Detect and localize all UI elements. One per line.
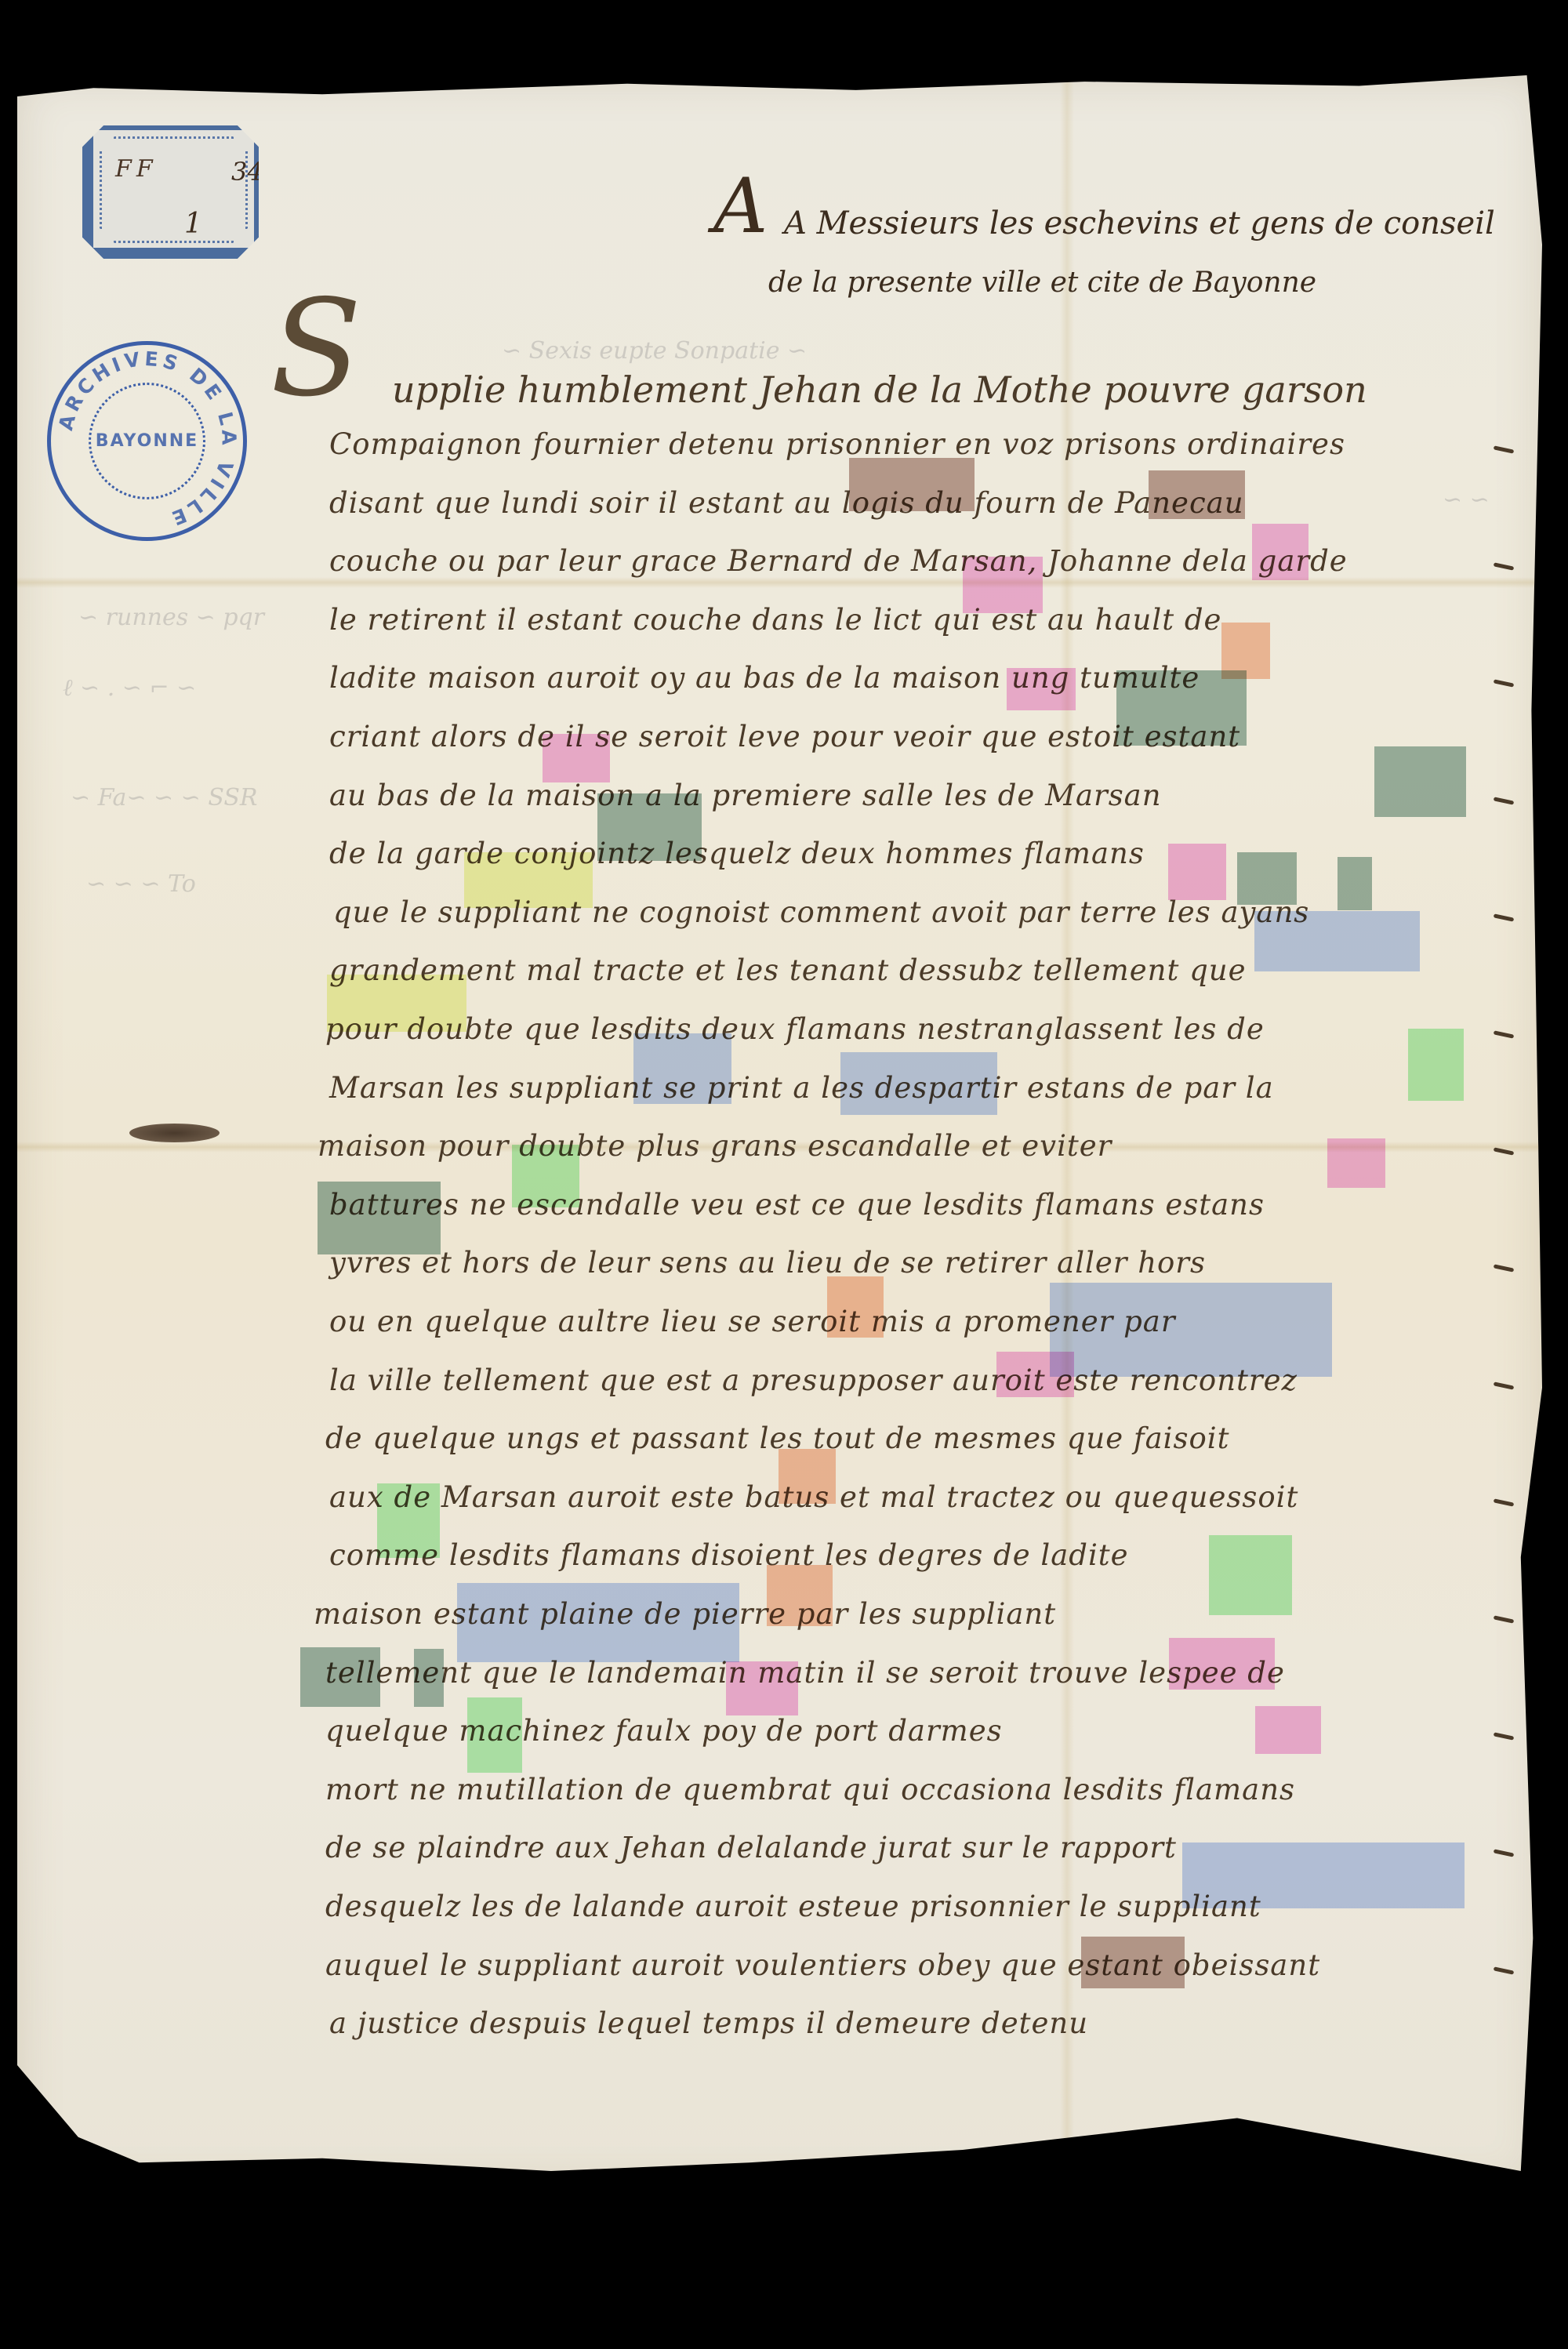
word-highlight xyxy=(633,1033,731,1104)
body-line: le retirent il estant couche dans le lic… xyxy=(329,603,1221,637)
word-highlight xyxy=(1050,1283,1332,1377)
word-highlight xyxy=(1338,857,1372,910)
body-line: disant que lundi soir il estant au logis… xyxy=(329,486,1244,520)
bleed-through-text: ∽ ∽ ∽ To xyxy=(86,870,196,898)
word-highlight xyxy=(327,975,466,1032)
label-ornament xyxy=(100,136,248,243)
bleed-through-text: ∽ Sexis eupte Sonpatie ∽ xyxy=(502,337,807,365)
archive-stamp: ARCHIVES DE LA VILLE BAYONNE xyxy=(47,341,247,541)
word-highlight xyxy=(1182,1843,1465,1908)
word-highlight xyxy=(1209,1535,1292,1615)
word-highlight xyxy=(996,1352,1074,1397)
bleed-through-text: ∽ runnes ∽ pqr xyxy=(78,604,264,631)
bleed-through-text: ∽ ∽ xyxy=(1443,486,1490,514)
paper-fold xyxy=(17,577,1542,588)
opening-line: upplie humblement Jehan de la Mothe pouv… xyxy=(392,369,1367,411)
body-line: Compaignon fournier detenu prisonnier en… xyxy=(329,427,1345,461)
body-line: au bas de la maison a la premiere salle … xyxy=(329,779,1162,812)
word-highlight xyxy=(318,1182,441,1254)
body-line: comme lesdits flamans disoient les degre… xyxy=(329,1538,1129,1572)
word-highlight xyxy=(1408,1029,1464,1101)
word-highlight xyxy=(1237,852,1297,905)
word-highlight xyxy=(300,1647,380,1707)
address-line-1: A Messieurs les eschevins et gens de con… xyxy=(784,205,1495,241)
body-line: desquelz les de lalande auroit esteue pr… xyxy=(325,1890,1261,1923)
body-line: grandement mal tracte et les tenant dess… xyxy=(329,953,1247,987)
body-line: de quelque ungs et passant les tout de m… xyxy=(325,1421,1229,1455)
word-highlight xyxy=(840,1052,997,1115)
word-highlight xyxy=(1327,1138,1385,1188)
word-highlight xyxy=(467,1697,522,1773)
bleed-through-text: ℓ ∽ . ∽ ⌐ ∽ xyxy=(63,674,196,702)
word-highlight xyxy=(464,852,593,908)
address-initial: A xyxy=(713,169,768,244)
body-line: quelque machinez faulx poy de port darme… xyxy=(325,1714,1003,1748)
word-highlight xyxy=(1007,668,1076,710)
decorated-initial: S xyxy=(270,282,361,416)
word-highlight xyxy=(779,1449,836,1504)
label-series: FF xyxy=(115,155,158,183)
word-highlight xyxy=(726,1661,798,1715)
word-highlight xyxy=(1169,1638,1275,1690)
word-highlight xyxy=(1374,746,1466,817)
body-line: battures ne escandalle veu est ce que le… xyxy=(329,1188,1265,1222)
stamp-center-text: BAYONNE xyxy=(51,431,243,451)
word-highlight xyxy=(963,557,1043,613)
body-line: maison pour doubte plus grans escandalle… xyxy=(318,1129,1112,1163)
body-line: ou en quelque aultre lieu se seroit mis … xyxy=(329,1305,1176,1338)
word-highlight xyxy=(827,1276,884,1338)
bleed-through-text: ∽ Fa∽ ∽ ∽ SSR xyxy=(71,784,258,811)
word-highlight xyxy=(512,1145,579,1207)
archive-shelfmark-label: FF 34 1 xyxy=(82,125,259,259)
word-highlight xyxy=(597,793,702,861)
word-highlight xyxy=(1168,844,1226,900)
word-highlight xyxy=(1252,524,1308,580)
word-highlight xyxy=(1149,470,1245,519)
word-highlight xyxy=(767,1565,833,1626)
body-line: couche ou par leur grace Bernard de Mars… xyxy=(329,544,1348,578)
ink-blot xyxy=(129,1124,220,1142)
address-line-2: de la presente ville et cite de Bayonne xyxy=(768,267,1316,299)
body-line: a justice despuis lequel temps il demeur… xyxy=(329,2006,1088,2040)
word-highlight xyxy=(849,458,975,511)
word-highlight xyxy=(543,734,610,782)
word-highlight xyxy=(457,1583,739,1662)
label-item: 1 xyxy=(184,208,202,240)
body-line: de la garde conjointz lesquelz deux homm… xyxy=(329,837,1145,870)
body-line: Marsan les suppliant se print a les desp… xyxy=(329,1071,1274,1105)
label-number: 34 xyxy=(231,157,263,187)
word-highlight xyxy=(1116,670,1247,746)
body-line: criant alors de il se seroit leve pour v… xyxy=(329,720,1240,753)
word-highlight xyxy=(377,1483,440,1558)
body-line: yvres et hors de leur sens au lieu de se… xyxy=(329,1246,1206,1280)
body-line: de se plaindre aux Jehan delalande jurat… xyxy=(325,1831,1177,1864)
word-highlight xyxy=(1081,1937,1185,1988)
word-highlight xyxy=(1255,1706,1321,1754)
body-line: mort ne mutillation de quembrat qui occa… xyxy=(325,1773,1295,1806)
word-highlight xyxy=(1254,911,1420,971)
word-highlight xyxy=(414,1649,444,1707)
